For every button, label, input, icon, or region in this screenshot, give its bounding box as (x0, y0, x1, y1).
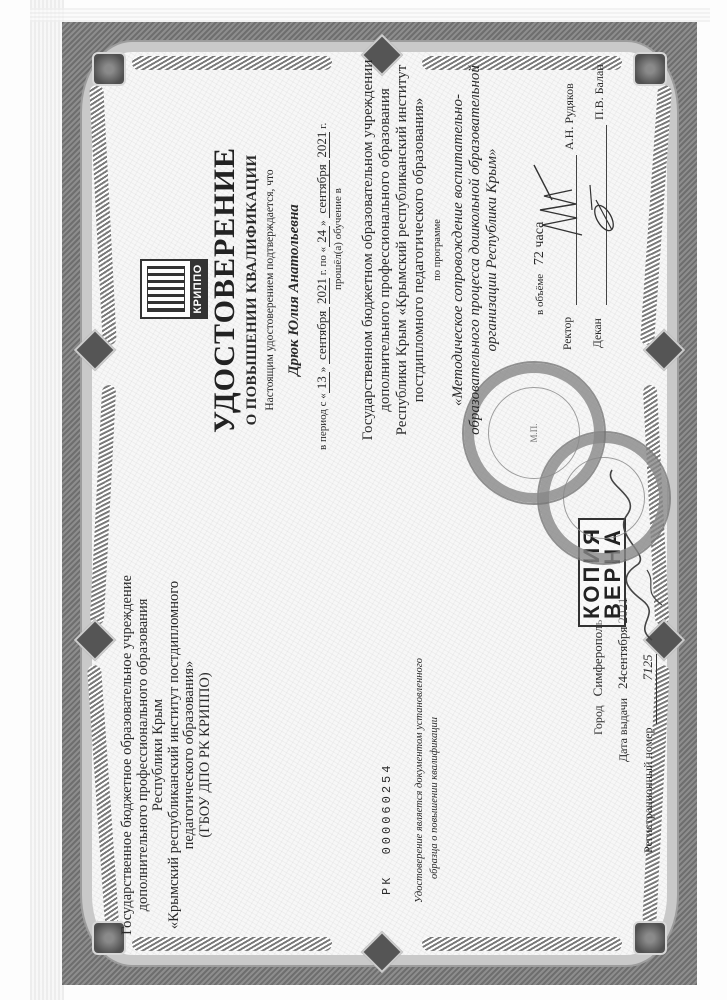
start-month: сентября (314, 307, 330, 364)
program-line: «Методическое сопровождение воспитательн… (450, 65, 467, 435)
issuer-line: дополнительного профессионального образо… (136, 575, 152, 935)
certificate-page: Государственное бюджетное образовательно… (62, 22, 697, 985)
period-text: » (317, 220, 329, 226)
passed-text: прошёл(а) обучение в (332, 188, 344, 290)
corner-ornament (633, 52, 667, 86)
legal-note-line: Удостоверение является документом устано… (412, 658, 427, 903)
program-title: «Методическое сопровождение воспитательн… (450, 65, 501, 435)
program-label: по программе (432, 219, 443, 281)
serial-value: 000060254 (380, 763, 394, 855)
issuer-block: Государственное бюджетное образовательно… (120, 575, 213, 935)
volume-label: в объёме (534, 274, 546, 315)
border-ribbon (132, 56, 332, 70)
end-year: 2021 (314, 132, 330, 158)
program-line: организации Республики Крым» (484, 65, 501, 435)
scan-edge-shadow (30, 0, 64, 1000)
city-label: Город (591, 705, 605, 735)
certificate-title: УДОСТОВЕРЕНИЕ (208, 147, 242, 433)
start-year: 202 (314, 284, 330, 304)
reg-label: Регистрационный номер (641, 727, 655, 853)
dean-name: П.В. Балан (592, 64, 607, 120)
period-text: » (317, 367, 329, 373)
dean-label: Декан (592, 318, 604, 348)
program-line: образовательного процесса дошкольной обр… (467, 65, 484, 435)
end-day: 24 (314, 226, 330, 247)
period-text: г. по « (317, 247, 329, 275)
issuer-line: Республики Крым (151, 575, 167, 935)
start-day: 13 (314, 372, 330, 393)
institution-line: постдипломного педагогического образован… (411, 60, 428, 441)
serial-prefix: РК (380, 875, 394, 895)
legal-note-line: образца о повышении квалификации (427, 658, 442, 903)
legal-note: Удостоверение является документом устано… (412, 658, 442, 903)
period-text: в период с « (317, 393, 329, 450)
rector-label: Ректор (562, 317, 574, 350)
dean-signature (582, 180, 622, 240)
date-label: Дата выдачи (616, 698, 630, 762)
corner-ornament (92, 52, 126, 86)
krippo-logo: КРИППО (140, 259, 208, 319)
reg-value: 7125 (640, 654, 657, 724)
seal-text: М.П. (529, 398, 539, 468)
corner-ornament (633, 921, 667, 955)
holder-name: Дрюк Юлия Анатольевна (286, 204, 303, 376)
serial-number: РК 000060254 (380, 763, 394, 895)
institution-line: дополнительного профессионального образо… (377, 60, 394, 441)
confirm-text: Настоящим удостоверением подтверждается,… (264, 169, 276, 410)
border-ribbon (422, 937, 622, 951)
end-month: сентября (314, 160, 330, 217)
certificate-subtitle: О ПОВЫШЕНИИ КВАЛИФИКАЦИИ (244, 155, 261, 426)
issuer-line: Государственное бюджетное образовательно… (120, 575, 136, 935)
rector-name: А.Н. Рудяков (562, 83, 577, 150)
start-year-suffix: 1 (314, 278, 330, 285)
issuer-line: педагогического образования» (182, 575, 198, 935)
period-text: г. (317, 123, 329, 129)
institution-line: Республики Крым «Крымский республикански… (394, 60, 411, 441)
issuer-line: (ГБОУ ДПО РК КРИППО) (198, 575, 214, 935)
logo-text: КРИППО (190, 261, 206, 317)
registration-number: Регистрационный номер 7125 (640, 654, 657, 853)
institution-block: Государственном бюджетном образовательно… (360, 60, 428, 441)
border-ribbon (132, 937, 332, 951)
institution-line: Государственном бюджетном образовательно… (360, 60, 377, 441)
issuer-line: «Крымский республиканский институт постд… (167, 575, 183, 935)
study-period: в период с «13» сентября 2021 г. по «24»… (314, 123, 330, 450)
scan-edge-shadow-top (30, 8, 710, 22)
